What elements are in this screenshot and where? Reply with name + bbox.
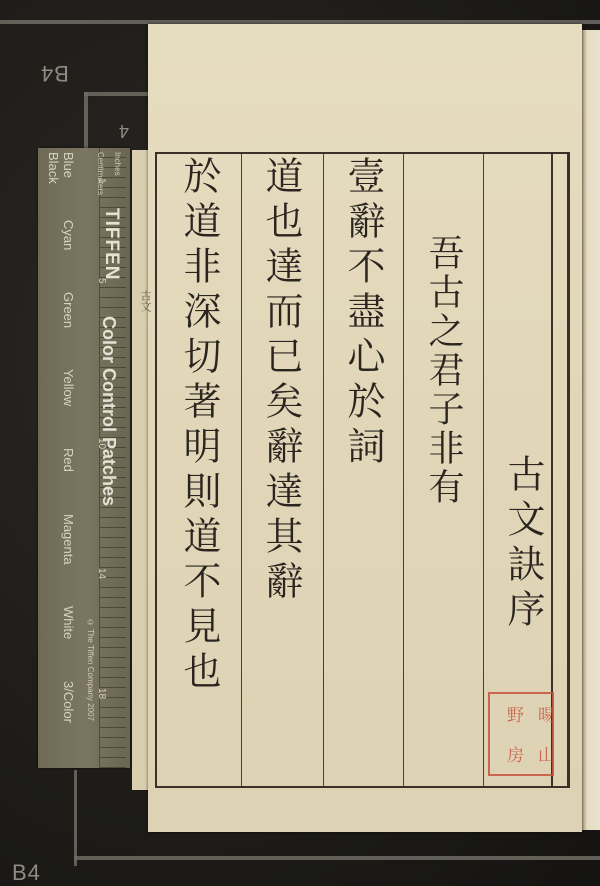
column-text: 吾古之君子非有 — [423, 234, 464, 507]
margin-label: 古文 — [137, 290, 153, 312]
patch-label-green: Green — [61, 292, 76, 328]
patch-label-list: Blue Cyan Green Yellow Red Magenta White… — [46, 152, 76, 768]
text-column-3: 亦可觀得 壹辭不盡心於詞 — [327, 156, 399, 471]
patch-label-magenta: Magenta — [61, 514, 76, 565]
patch-label-cyan: Cyan — [61, 220, 76, 250]
red-seal-stamp: 野 暘 房 山 — [488, 692, 554, 776]
text-column-2: 事論不覺文 吾古之君子非有 — [407, 234, 479, 507]
guide-line-bottom — [74, 856, 600, 860]
next-page-edge — [582, 30, 600, 830]
patch-label-white: White — [61, 606, 76, 639]
cm-tick: 10 — [96, 438, 107, 449]
seal-char: 山 — [521, 746, 552, 763]
cm-tick: 1 — [96, 178, 107, 184]
board-label-b4-top: B4 — [40, 60, 69, 86]
brand-logo: TIFFEN — [100, 208, 122, 281]
ruler-unit-centimeters: Centimeters — [96, 152, 105, 195]
guide-line-inner-top — [84, 92, 148, 96]
book-title: 古文訣序 — [501, 454, 545, 634]
column-text: 道也達而已矣辭達其辭 — [259, 156, 303, 606]
cm-tick: 14 — [96, 568, 107, 579]
column-rule — [323, 154, 324, 786]
column-rule — [483, 154, 484, 786]
text-column-5: 於道非深切著明則道不見也 — [163, 156, 235, 696]
seal-char: 野 — [490, 706, 521, 723]
column-rule — [241, 154, 242, 786]
patch-label-yellow: Yellow — [61, 369, 76, 406]
column-rule — [403, 154, 404, 786]
board-label-4: 4 — [118, 120, 129, 141]
ruler-unit-inches: Inches — [113, 152, 122, 176]
column-text: 壹辭不盡心於詞 — [341, 156, 385, 471]
cm-tick: 18 — [96, 688, 107, 699]
patch-label-3color: 3/Color — [61, 681, 76, 723]
board-label-b4-bottom: B4 — [12, 860, 41, 886]
tiffen-color-control-strip: Inches Centimeters TIFFEN Color Control … — [38, 148, 130, 768]
cm-tick: 5 — [96, 278, 107, 284]
seal-char: 暘 — [521, 706, 552, 723]
guide-line-inner-left — [84, 92, 88, 148]
title-column: 古文訣序 — [487, 454, 559, 634]
patch-label-blue: Blue — [61, 152, 76, 178]
patch-label-red: Red — [61, 448, 76, 472]
text-column-4: 然擇其 道也達而已矣辭達其辭 — [245, 156, 317, 606]
column-text: 於道非深切著明則道不見也 — [177, 156, 221, 696]
guide-line-lower-left — [74, 770, 77, 866]
patch-label-black: Black — [46, 152, 61, 184]
strip-title: Color Control Patches — [98, 316, 119, 506]
copyright-notice: © The Tiffen Company 2007 — [86, 618, 95, 721]
seal-char: 房 — [490, 746, 521, 763]
